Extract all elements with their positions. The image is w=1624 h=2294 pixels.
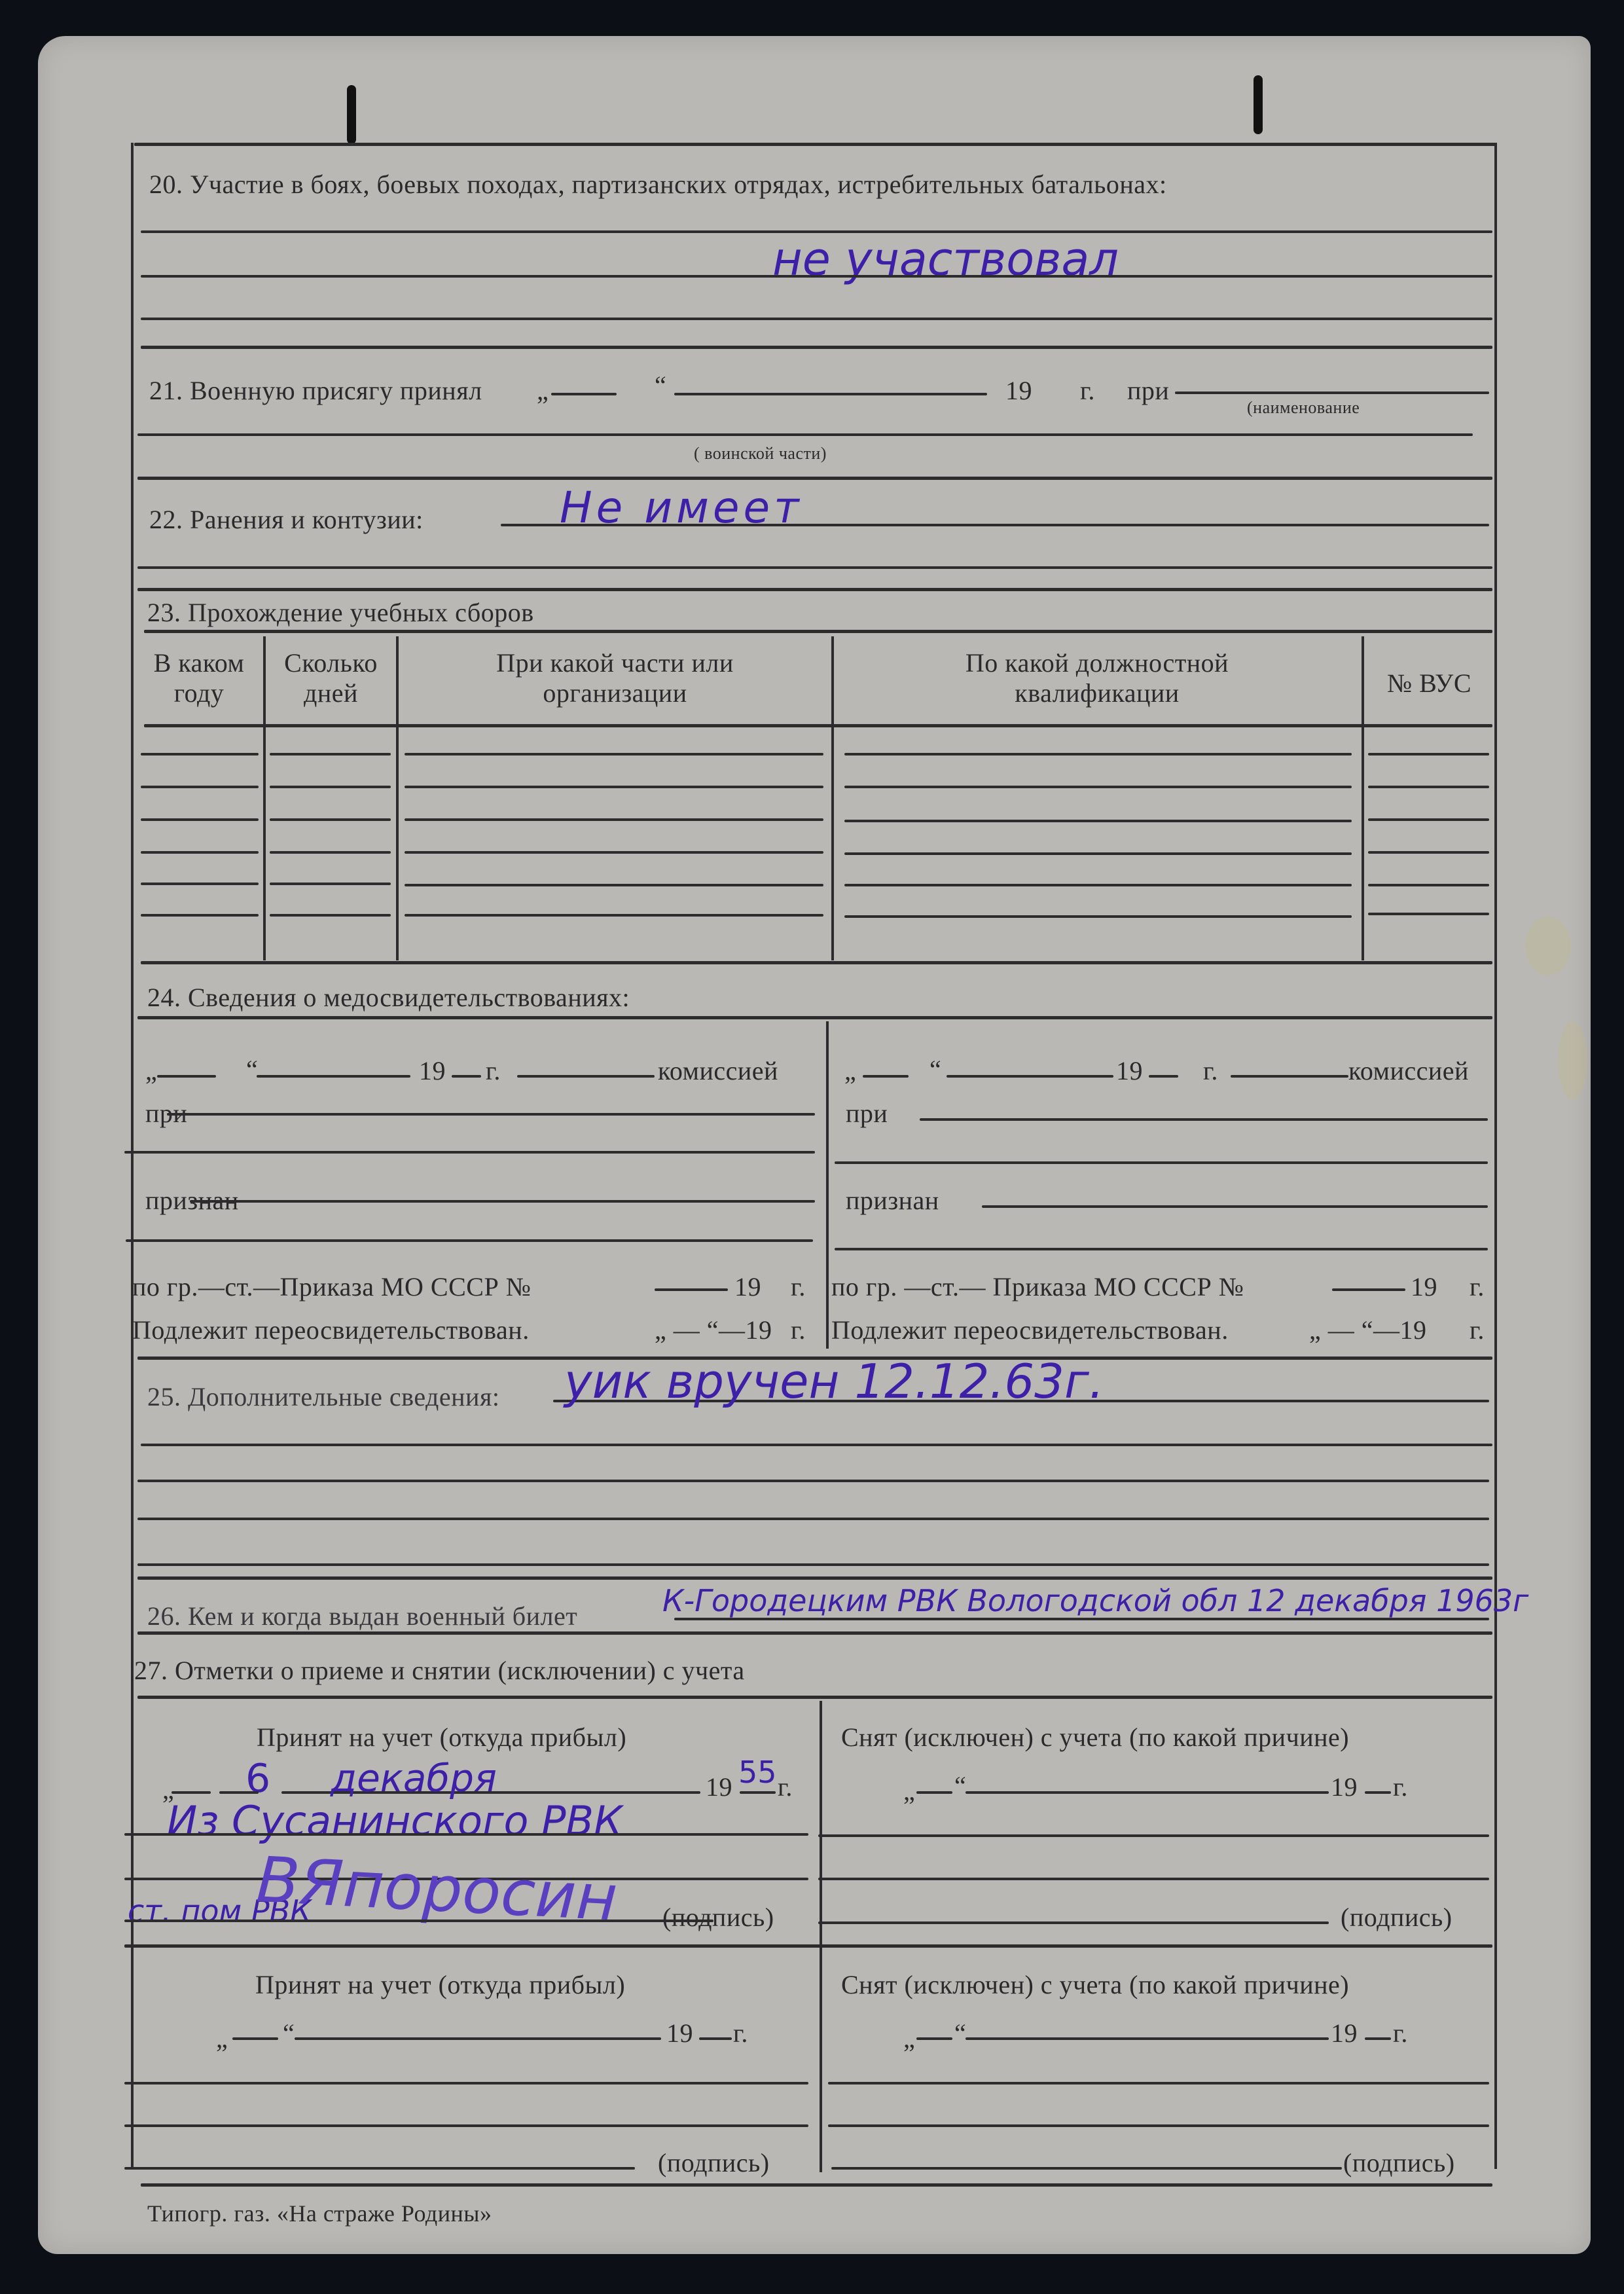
order-year: 19 <box>1411 1271 1437 1302</box>
signature-line <box>818 1921 1329 1924</box>
section-divider <box>137 1696 1492 1699</box>
line <box>828 2082 1489 2085</box>
col-header-unit: При какой части или организации <box>401 648 829 708</box>
order-g: г. <box>791 1271 806 1302</box>
section-25-value[interactable]: уик вручен 12.12.63г. <box>564 1354 1104 1409</box>
order-year: 19 <box>734 1271 761 1302</box>
line <box>501 524 1489 526</box>
col-header-unit-l1: При какой части или <box>401 648 829 678</box>
open-quote: „ <box>903 2023 915 2054</box>
punch-hole <box>347 85 356 144</box>
commission-blank[interactable] <box>1231 1075 1348 1078</box>
accepted-day[interactable]: 6 <box>245 1756 270 1802</box>
signature-line <box>831 2167 1342 2170</box>
order-line: по гр.—ст.—Приказа МО СССР № <box>132 1271 531 1302</box>
reexam-label: Подлежит переосвидетельствован. <box>132 1315 530 1345</box>
g-label: г. <box>1393 1772 1408 1802</box>
line <box>137 1480 1489 1482</box>
mid-divider <box>820 1701 822 2172</box>
line <box>124 2082 808 2085</box>
frame-bottom <box>141 2183 1492 2187</box>
line <box>124 1833 808 1836</box>
col-header-vus: № ВУС <box>1365 668 1493 699</box>
recognized-blank[interactable] <box>982 1205 1488 1208</box>
col-header-unit-l2: организации <box>401 678 829 708</box>
unit-blank-2[interactable] <box>137 433 1473 436</box>
accepted-title: Принят на учет (откуда прибыл) <box>257 1722 626 1753</box>
day-blank[interactable] <box>916 2037 952 2040</box>
accepted-year[interactable]: 55 <box>738 1755 777 1790</box>
line <box>141 1444 1492 1446</box>
section-26-label: 26. Кем и когда выдан военный билет <box>147 1601 577 1631</box>
close-quote: “ <box>283 2018 295 2048</box>
accepted-month[interactable]: декабря <box>331 1756 497 1800</box>
year-suffix: г. <box>1080 375 1095 406</box>
at-blank[interactable] <box>167 1113 815 1116</box>
year-label: 19 <box>1331 2018 1358 2048</box>
frame-right <box>1494 143 1497 2169</box>
removed-title: Снят (исключен) с учета (по какой причин… <box>841 1722 1349 1753</box>
unit-blank[interactable] <box>1175 391 1489 394</box>
reexam-date[interactable]: „ — “—19 <box>1309 1315 1427 1345</box>
line <box>137 566 1492 569</box>
line <box>818 1878 1489 1880</box>
close-quote: “ <box>246 1054 258 1085</box>
g-label: г. <box>486 1055 501 1086</box>
recognized-blank[interactable] <box>190 1200 815 1203</box>
signature-line <box>124 2167 635 2170</box>
removed-title: Снят (исключен) с учета (по какой причин… <box>841 1969 1349 2000</box>
line <box>828 2124 1489 2127</box>
month-blank[interactable] <box>965 2037 1329 2040</box>
open-quote: „ <box>844 1055 856 1086</box>
frame-left <box>131 143 134 2169</box>
signature-label: (подпись) <box>658 2147 770 2178</box>
accepted-from[interactable]: Из Сусанинского РВК <box>167 1797 623 1845</box>
month-blank[interactable] <box>947 1075 1113 1078</box>
stain-mark <box>1558 1021 1587 1100</box>
g-label: г. <box>1203 1055 1218 1086</box>
year-blank[interactable] <box>740 1791 776 1794</box>
close-quote: “ <box>929 1054 941 1085</box>
col-divider <box>831 636 834 960</box>
year-label: 19 <box>1331 1772 1358 1802</box>
order-g: г. <box>1470 1271 1485 1302</box>
section-25-label: 25. Дополнительные сведения: <box>147 1381 499 1412</box>
section-divider <box>137 1576 1492 1580</box>
month-blank[interactable] <box>295 2037 661 2040</box>
line <box>137 1518 1489 1520</box>
reexam-g: г. <box>1470 1315 1485 1345</box>
line <box>835 1161 1488 1164</box>
col-header-days: Сколько дней <box>267 648 395 708</box>
close-quote: “ <box>954 2018 966 2048</box>
open-quote: „ <box>903 1775 915 1806</box>
day-blank[interactable] <box>157 1075 216 1078</box>
line <box>124 1151 815 1154</box>
line <box>124 2124 808 2127</box>
col-divider <box>1362 636 1364 960</box>
year-label: 19 <box>419 1055 446 1086</box>
year-blank[interactable] <box>452 1075 481 1078</box>
day-blank[interactable] <box>916 1791 952 1794</box>
year-label: 19 <box>666 2018 693 2048</box>
year-blank[interactable] <box>1149 1075 1178 1078</box>
col-header-qual-l1: По какой должностной <box>835 648 1359 678</box>
at-label: при <box>846 1098 888 1129</box>
section-divider <box>137 1016 1492 1019</box>
table-top <box>144 630 1492 633</box>
day-blank[interactable] <box>863 1075 909 1078</box>
commission-label: комиссией <box>1348 1055 1469 1086</box>
day-blank[interactable] <box>551 393 617 395</box>
section-divider <box>137 588 1492 591</box>
section-27-label: 27. Отметки о приеме и снятии (исключени… <box>134 1655 745 1686</box>
reexam-g: г. <box>791 1315 806 1345</box>
close-quote: “ <box>655 370 666 401</box>
open-quote: „ <box>216 2023 228 2054</box>
month-blank[interactable] <box>674 393 987 395</box>
section-22-label: 22. Ранения и контузии: <box>149 504 424 535</box>
hint-unit: ( воинской части) <box>694 444 827 464</box>
month-blank[interactable] <box>257 1075 410 1078</box>
line <box>126 1239 813 1242</box>
table-header-bottom <box>144 724 1492 727</box>
g-label: г. <box>1393 2018 1408 2048</box>
open-quote: „ <box>145 1055 157 1086</box>
hint-name: (наименование <box>1247 398 1360 418</box>
col-header-days-l2: дней <box>267 678 395 708</box>
commission-blank[interactable] <box>517 1075 655 1078</box>
day-blank[interactable] <box>171 1791 211 1794</box>
g-label: г. <box>733 2018 748 2048</box>
order-number-blank[interactable] <box>1332 1288 1405 1291</box>
year-blank[interactable] <box>1365 1791 1391 1794</box>
col-divider <box>263 636 266 960</box>
close-quote: “ <box>954 1770 966 1801</box>
line <box>818 1834 1489 1837</box>
line <box>137 1563 1489 1566</box>
reexam-label: Подлежит переосвидетельствован. <box>831 1315 1229 1345</box>
section-26-value[interactable]: К-Городецким РВК Вологодской обл 12 дека… <box>662 1583 1528 1618</box>
line <box>141 275 1492 278</box>
year-blank[interactable] <box>699 2037 732 2040</box>
signature-line <box>124 1920 713 1922</box>
section-24-label: 24. Сведения о медосвидетельствованиях: <box>147 982 630 1013</box>
col-header-qualification: По какой должностной квалификации <box>835 648 1359 708</box>
line <box>835 1248 1488 1250</box>
section-divider <box>137 1631 1492 1635</box>
table-bottom <box>141 961 1492 964</box>
printer-imprint: Типогр. газ. «На страже Родины» <box>147 2200 492 2227</box>
reexam-date[interactable]: „ — “—19 <box>655 1315 772 1345</box>
signature-label: (подпись) <box>1341 1902 1453 1933</box>
year-label: 19 <box>706 1772 732 1802</box>
mid-divider <box>826 1021 829 1349</box>
open-quote: „ <box>537 375 549 406</box>
g-label: г. <box>778 1772 793 1802</box>
section-20-label: 20. Участие в боях, боевых походах, парт… <box>149 169 1167 200</box>
year-blank[interactable] <box>1365 2037 1391 2040</box>
col-header-qual-l2: квалификации <box>835 678 1359 708</box>
section-divider <box>124 1944 1492 1948</box>
col-header-days-l1: Сколько <box>267 648 395 678</box>
section-21-label: 21. Военную присягу принял <box>149 375 482 406</box>
year-prefix: 19 <box>1005 375 1032 406</box>
year-label: 19 <box>1116 1055 1143 1086</box>
section-23-label: 23. Прохождение учебных сборов <box>147 597 534 628</box>
col-header-year-l1: В каком <box>136 648 262 678</box>
at-label: при <box>1127 375 1169 406</box>
frame-top <box>134 143 1496 146</box>
order-line: по гр. —ст.— Приказа МО СССР № <box>831 1271 1244 1302</box>
commission-label: комиссией <box>658 1055 778 1086</box>
order-number-blank[interactable] <box>655 1288 728 1291</box>
day-blank[interactable] <box>219 1791 259 1794</box>
signature-label: (подпись) <box>1343 2147 1455 2178</box>
signature-label: (подпись) <box>662 1902 774 1933</box>
col-header-year: В каком году <box>136 648 262 708</box>
section-20-value[interactable]: не участвовал <box>772 232 1119 286</box>
section-divider <box>137 477 1492 480</box>
recognized-label: признан <box>846 1185 939 1216</box>
punch-hole <box>1254 75 1263 134</box>
accepted-title: Принят на учет (откуда прибыл) <box>255 1969 625 2000</box>
section-divider <box>141 346 1492 349</box>
day-blank[interactable] <box>232 2037 278 2040</box>
stain-mark <box>1525 917 1571 975</box>
month-blank[interactable] <box>965 1791 1329 1794</box>
col-header-year-l2: году <box>136 678 262 708</box>
at-blank[interactable] <box>920 1118 1488 1121</box>
line <box>141 318 1492 320</box>
col-divider <box>396 636 399 960</box>
